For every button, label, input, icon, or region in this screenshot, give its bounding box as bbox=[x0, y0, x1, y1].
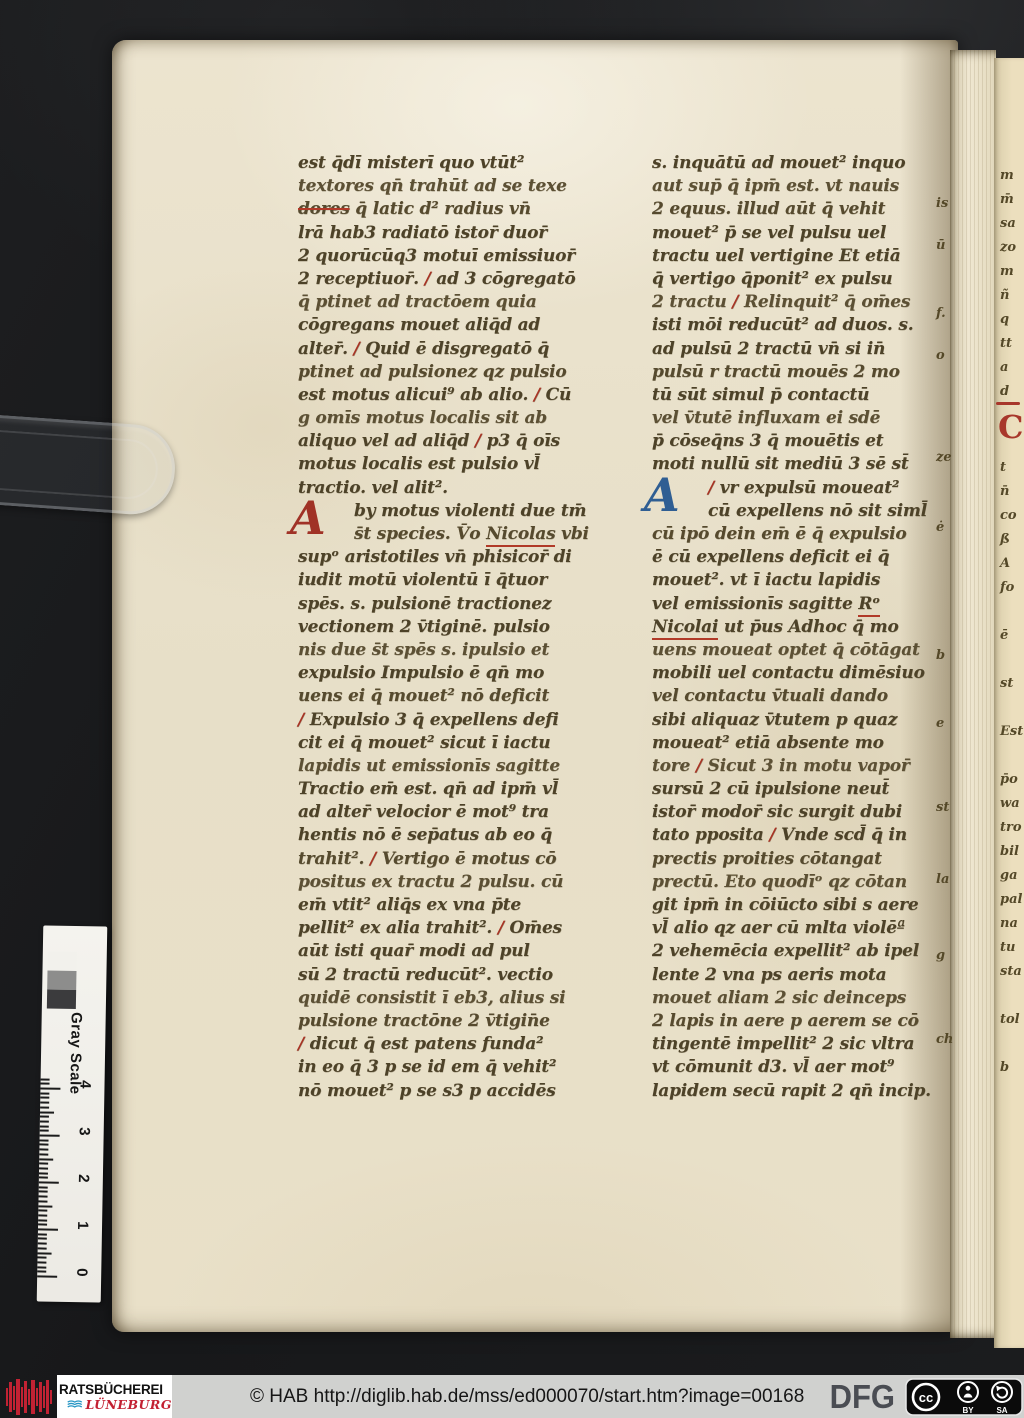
text-fragment: tu bbox=[1000, 940, 1015, 955]
text-fragment: bil bbox=[1000, 844, 1019, 859]
manuscript-line: g omīs motus localis sit ab bbox=[298, 407, 640, 430]
manuscript-line: cit ei q̄ mouet² sicut ī iactu bbox=[298, 732, 640, 755]
text-fragment: q bbox=[1000, 312, 1009, 327]
manuscript-line: q̄ vertigo q̄ponit² ex pulsu bbox=[652, 268, 994, 291]
ruler-tick bbox=[39, 1172, 48, 1174]
ruler-tick bbox=[40, 1134, 60, 1136]
text-fragment: o bbox=[936, 348, 945, 363]
ruler-tick bbox=[38, 1205, 52, 1207]
text-fragment: co bbox=[1000, 508, 1017, 523]
manuscript-line: trahit². ∕ Vertigo ē motus cō bbox=[298, 848, 640, 871]
manuscript-line: tato pposita ∕ Vnde scd̄ q̄ in bbox=[652, 824, 994, 847]
manuscript-line: pulsū r tractū mouēs 2 mo bbox=[652, 361, 994, 384]
manuscript-line: expulsio Impulsio ē qn̄ mo bbox=[298, 662, 640, 685]
attribution-bar: © HAB http://diglib.hab.de/mss/ed000070/… bbox=[172, 1375, 1024, 1418]
text-fragment: b bbox=[936, 648, 945, 663]
illuminated-initial: A bbox=[290, 494, 326, 542]
manuscript-line: sursū 2 cū ipulsione neut̄ bbox=[652, 778, 994, 801]
ruler-number: 3 bbox=[76, 1127, 93, 1136]
illuminated-initial: C bbox=[998, 410, 1023, 444]
footer-bar: RATSBÜCHEREI LÜNEBURG © HAB http://digli… bbox=[0, 1375, 1024, 1418]
ruler-tick bbox=[40, 1116, 49, 1118]
ruler-tick bbox=[39, 1196, 48, 1198]
text-fragment: tol bbox=[1000, 1012, 1020, 1027]
svg-text:BY: BY bbox=[962, 1406, 974, 1415]
manuscript-line: lente 2 vna ps aeris mota bbox=[652, 964, 994, 987]
ruler-tick bbox=[38, 1219, 47, 1221]
ruler-tick bbox=[41, 1078, 50, 1080]
illuminated-initial: A bbox=[644, 471, 680, 519]
gray-scale-patch bbox=[47, 952, 76, 972]
ruler-number: 2 bbox=[75, 1174, 92, 1183]
manuscript-line: motus localis est pulsio vl̄ bbox=[298, 453, 640, 476]
text-fragment: p̄o bbox=[1000, 772, 1018, 787]
dfg-logo: DFG bbox=[830, 1377, 895, 1416]
red-underline-fragment bbox=[996, 402, 1020, 405]
text-fragment: wa bbox=[1000, 796, 1020, 811]
manuscript-line: aūt isti quar̄ modi ad pul bbox=[298, 940, 640, 963]
manuscript-line: nis due s̄t spēs s. ipulsio et bbox=[298, 639, 640, 662]
ruler-tick bbox=[40, 1139, 49, 1141]
ruler-tick bbox=[39, 1167, 48, 1169]
manuscript-line: 2 lapis in aere p aerem se cō bbox=[652, 1010, 994, 1033]
text-fragment: la bbox=[936, 872, 949, 887]
manuscript-line: lapidem secū rapit 2 qn̄ incip. bbox=[652, 1080, 994, 1103]
page-holder-clamp bbox=[0, 413, 178, 517]
ruler-tick bbox=[39, 1181, 59, 1183]
manuscript-line: vel emissionīs sagitte Rᵒ bbox=[652, 593, 994, 616]
manuscript-line: nō mouet² p se s3 p accidēs bbox=[298, 1080, 640, 1103]
manuscript-line: spēs. s. pulsionē tractionez bbox=[298, 593, 640, 616]
manuscript-line: tore ∕ Sicut 3 in motu vapor̄ bbox=[652, 755, 994, 778]
manuscript-line: vectionem 2 v̄tiginē. pulsio bbox=[298, 616, 640, 639]
library-logo: RATSBÜCHEREI LÜNEBURG bbox=[57, 1375, 172, 1418]
manuscript-line: aut sup̄ q̄ ipm̄ est. vt nauis bbox=[652, 175, 994, 198]
text-fragment: sta bbox=[1000, 964, 1022, 979]
text-fragment: n̄ bbox=[1000, 484, 1009, 499]
ruler-tick bbox=[41, 1083, 50, 1085]
manuscript-line: ptinet ad pulsionez qz pulsio bbox=[298, 361, 640, 384]
text-fragment: st bbox=[1000, 676, 1013, 691]
ruler-tick bbox=[40, 1106, 49, 1108]
manuscript-line: prectis proities cōtangat bbox=[652, 848, 994, 871]
ruler-tick bbox=[39, 1158, 53, 1160]
text-fragment: ze bbox=[936, 450, 952, 465]
manuscript-line: 2 receptiuor̄. ∕ ad 3 cōgregatō bbox=[298, 268, 640, 291]
manuscript-line: lrā hab3 radiatō istor̄ duor̄ bbox=[298, 222, 640, 245]
manuscript-line: ē cū expellens deficit ei q̄ bbox=[652, 546, 994, 569]
text-fragment: ė bbox=[936, 520, 944, 535]
ruler-tick bbox=[37, 1275, 57, 1277]
manuscript-scan-photo: mm̄sazomñqttadtn̄coßAfoēstEstp̄owatrobil… bbox=[0, 0, 1024, 1418]
manuscript-line: vel v̄tutē influxam ei sdē bbox=[652, 407, 994, 430]
text-fragment: na bbox=[1000, 916, 1018, 931]
manuscript-line: pulsione tractōne 2 v̄tigin̄e bbox=[298, 1010, 640, 1033]
text-fragment: a bbox=[1000, 360, 1008, 375]
ruler-tick bbox=[40, 1111, 54, 1113]
text-fragment: st bbox=[936, 800, 949, 815]
ruler-number: 1 bbox=[74, 1221, 91, 1230]
manuscript-line: mouet². vt ī iactu lapidis bbox=[652, 569, 994, 592]
manuscript-line: 2 quorūcūq3 motuī emissiuor̄ bbox=[298, 245, 640, 268]
manuscript-line: tractio. vel alit². bbox=[298, 477, 640, 500]
text-fragment: m bbox=[1000, 264, 1014, 279]
book-icon bbox=[67, 1398, 83, 1411]
manuscript-line: Tractio em̄ est. qn̄ ad ipm̄ vl̄ bbox=[298, 778, 640, 801]
text-fragment: m bbox=[1000, 168, 1014, 183]
manuscript-line: ∕ dicut q̄ est patens funda² bbox=[298, 1033, 640, 1056]
text-fragment: zo bbox=[1000, 240, 1016, 255]
ruler-tick bbox=[38, 1214, 47, 1216]
manuscript-line: by motus violenti due tm̄ bbox=[298, 500, 640, 523]
ruler-tick bbox=[39, 1177, 48, 1179]
ruler-tick bbox=[38, 1200, 47, 1202]
ruler-tick bbox=[40, 1130, 49, 1132]
ruler-tick bbox=[37, 1257, 46, 1259]
text-fragment: pal bbox=[1000, 892, 1022, 907]
manuscript-line: Nicolai ut p̄us Adhoc q̄ mo bbox=[652, 616, 994, 639]
ruler-tick bbox=[38, 1247, 47, 1249]
library-name: RATSBÜCHEREI bbox=[59, 1382, 172, 1397]
gray-scale-patch bbox=[47, 971, 76, 991]
ruler-tick bbox=[39, 1186, 48, 1188]
text-column-left: est q̄dī misterī quo vtūt²textores qn̄ t… bbox=[298, 152, 640, 1103]
text-fragment: is bbox=[936, 196, 948, 211]
cc-by-sa-license-badge[interactable]: cc BY SA bbox=[905, 1378, 1023, 1416]
ruler-tick bbox=[38, 1252, 52, 1254]
manuscript-line: q̄ ptinet ad tractōem quia bbox=[298, 291, 640, 314]
manuscript-line: s. inquātū ad mouet² inquo bbox=[652, 152, 994, 175]
text-fragment: t bbox=[1000, 460, 1006, 475]
text-fragment: tro bbox=[1000, 820, 1022, 835]
ruler-tick bbox=[38, 1238, 47, 1240]
manuscript-line: positus ex tractu 2 pulsu. cū bbox=[298, 871, 640, 894]
ruler-tick bbox=[39, 1163, 48, 1165]
text-fragment: Est bbox=[1000, 724, 1023, 739]
manuscript-line: ∕ vr expulsū moueat² bbox=[652, 477, 994, 500]
manuscript-line: em̄ vtit² aliq̄s ex vna p̄te bbox=[298, 894, 640, 917]
manuscript-line: git ipm̄ in cōiūcto sibi s aere bbox=[652, 894, 994, 917]
ruler-tick bbox=[37, 1271, 46, 1273]
ruler-tick bbox=[40, 1125, 49, 1127]
manuscript-line: vl̄ alio qz aer cū mlta violēª bbox=[652, 917, 994, 940]
manuscript-line: s̄t species. V̄o Nicolas vbi bbox=[298, 523, 640, 546]
manuscript-line: in eo q̄ 3 p se id em q̄ vehit² bbox=[298, 1056, 640, 1079]
next-folio-edge: mm̄sazomñqttadtn̄coßAfoēstEstp̄owatrobil… bbox=[994, 58, 1024, 1348]
manuscript-line: lapidis ut emissionīs sagitte bbox=[298, 755, 640, 778]
text-fragment: tt bbox=[1000, 336, 1012, 351]
text-fragment: ch bbox=[936, 1032, 953, 1047]
gray-scale-ruler: Gray Scale 01234 bbox=[37, 925, 108, 1302]
ruler-tick bbox=[40, 1102, 49, 1104]
text-fragment: sa bbox=[1000, 216, 1016, 231]
manuscript-line: iudit motū violentū ī q̄tuor bbox=[298, 569, 640, 592]
ruler-number: 0 bbox=[73, 1268, 90, 1277]
ruler-tick bbox=[38, 1233, 47, 1235]
text-fragment: f. bbox=[936, 306, 946, 321]
manuscript-line: pellit² ex alia trahit². ∕ Om̄es bbox=[298, 917, 640, 940]
ruler-tick bbox=[40, 1092, 49, 1094]
ruler-tick bbox=[40, 1120, 49, 1122]
text-fragment: ē bbox=[1000, 628, 1008, 643]
text-fragment: ū bbox=[936, 238, 945, 253]
ruler-tick bbox=[37, 1261, 46, 1263]
library-mark bbox=[0, 1375, 57, 1418]
text-fragment: m̄ bbox=[1000, 192, 1014, 207]
manuscript-line: textores qn̄ trahūt ad se texe bbox=[298, 175, 640, 198]
text-fragment: d bbox=[1000, 384, 1009, 399]
text-fragment: e bbox=[936, 716, 944, 731]
text-fragment: A bbox=[1000, 556, 1010, 571]
manuscript-line: est q̄dī misterī quo vtūt² bbox=[298, 152, 640, 175]
manuscript-line: aliquo vel ad aliq̄d ∕ p3 q̄ oīs bbox=[298, 430, 640, 453]
svg-text:SA: SA bbox=[996, 1406, 1007, 1415]
manuscript-line: quidē consistit ī eb3, alius si bbox=[298, 987, 640, 1010]
ruler-tick bbox=[39, 1153, 48, 1155]
manuscript-line: alter̄. ∕ Quid ē disgregatō q̄ bbox=[298, 338, 640, 361]
library-city: LÜNEBURG bbox=[86, 1397, 173, 1412]
manuscript-line: ∕ Expulsio 3 q̄ expellens defi bbox=[298, 709, 640, 732]
ruler-tick bbox=[37, 1266, 46, 1268]
ruler-tick bbox=[38, 1243, 47, 1245]
text-fragment: g bbox=[936, 948, 945, 963]
text-fragment: fo bbox=[1000, 580, 1014, 595]
gray-scale-patch bbox=[47, 990, 76, 1010]
ruler-tick bbox=[38, 1224, 47, 1226]
ruler-tick bbox=[39, 1144, 48, 1146]
text-fragment: ß bbox=[1000, 532, 1010, 547]
source-url-link[interactable]: © HAB http://diglib.hab.de/mss/ed000070/… bbox=[250, 1386, 804, 1408]
ruler-tick bbox=[40, 1097, 49, 1099]
text-fragment: ga bbox=[1000, 868, 1018, 883]
ruler-tick bbox=[40, 1087, 60, 1089]
manuscript-line: supᵒ aristotiles vn̄ phisicor̄ di bbox=[298, 546, 640, 569]
ruler-tick bbox=[39, 1149, 48, 1151]
svg-text:cc: cc bbox=[919, 1390, 933, 1405]
text-fragment: ñ bbox=[1000, 288, 1009, 303]
ruler-number: 4 bbox=[76, 1080, 93, 1089]
manuscript-line: sū 2 tractū reducūt². vectio bbox=[298, 964, 640, 987]
manuscript-line: mobili uel contactu dimēsiuo bbox=[652, 662, 994, 685]
manuscript-line: tū sūt simul p̄ contactū bbox=[652, 384, 994, 407]
manuscript-line: mouet aliam 2 sic deinceps bbox=[652, 987, 994, 1010]
manuscript-line: uens ei q̄ mouet² nō deficit bbox=[298, 685, 640, 708]
ruler-tick bbox=[38, 1210, 47, 1212]
manuscript-line: cōgregans mouet aliq̄d ad bbox=[298, 314, 640, 337]
ruler-tick bbox=[39, 1191, 48, 1193]
manuscript-line: vt cōmunit d3. vl̄ aer mot⁹ bbox=[652, 1056, 994, 1079]
text-fragment: b bbox=[1000, 1060, 1009, 1075]
red-strokes-logo-icon bbox=[4, 1377, 54, 1417]
manuscript-line: ad alter̄ velocior ē mot⁹ tra bbox=[298, 801, 640, 824]
manuscript-line: hentis nō ē sep̄atus ab eo q̄ bbox=[298, 824, 640, 847]
manuscript-line: vel contactu v̄tuali dando bbox=[652, 685, 994, 708]
manuscript-line: est motus alicui⁹ ab alio. ∕ Cū bbox=[298, 384, 640, 407]
manuscript-line: dores q̄ latic d² radius vn̄ bbox=[298, 198, 640, 221]
ruler-tick bbox=[38, 1228, 58, 1230]
manuscript-line: moueat² etiā absente mo bbox=[652, 732, 994, 755]
